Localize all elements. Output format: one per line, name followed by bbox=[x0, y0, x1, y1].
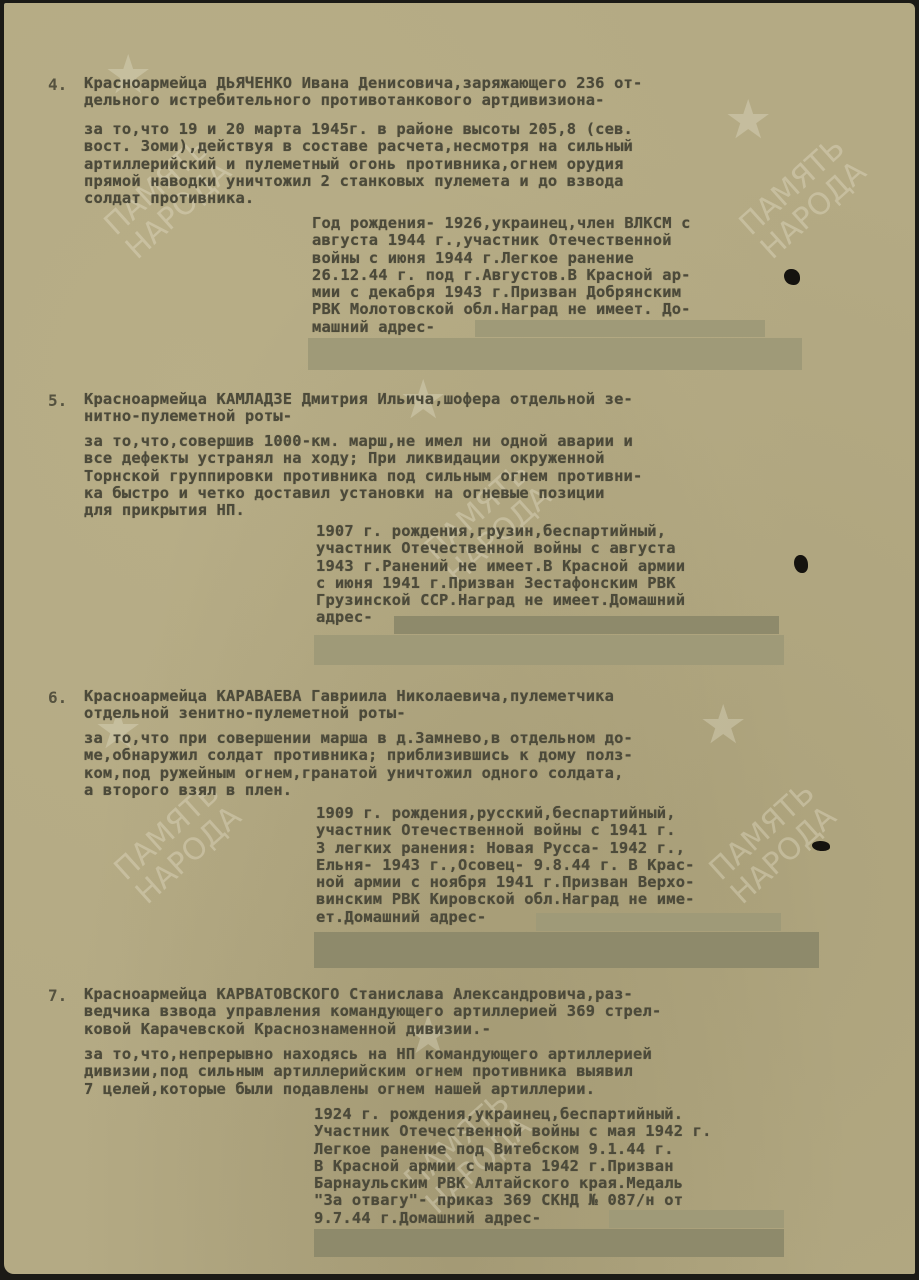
address-redaction bbox=[536, 913, 781, 931]
address-redaction bbox=[609, 1210, 784, 1228]
address-redaction bbox=[314, 932, 819, 968]
paper-hole bbox=[784, 269, 800, 285]
watermark-star-icon: ★ bbox=[724, 88, 772, 151]
document-page: ★ ПАМЯТЬ НАРОДА ★ ПАМЯТЬ НАРОДА ★ ПАМЯТЬ… bbox=[4, 3, 915, 1274]
entry-number: 7. bbox=[48, 986, 67, 1005]
entry-bio: 1924 г. рождения,украинец,беспартийный. … bbox=[314, 1106, 712, 1227]
address-redaction bbox=[314, 1229, 784, 1257]
entry-bio: Год рождения- 1926,украинец,член ВЛКСМ с… bbox=[312, 215, 691, 336]
entry-deed: за то,что при совершении марша в д.Замне… bbox=[84, 730, 633, 799]
address-redaction bbox=[394, 616, 779, 634]
entry-bio: 1909 г. рождения,русский,беспартийный, у… bbox=[316, 805, 695, 926]
entry-bio: 1907 г. рождения,грузин,беспартийный, уч… bbox=[316, 523, 685, 627]
entry-header: Красноармейца КАМЛАДЗЕ Дмитрия Ильича,шо… bbox=[84, 391, 633, 426]
entry-header: Красноармейца КАРВАТОВСКОГО Станислава А… bbox=[84, 986, 661, 1038]
entry-header: Красноармейца КАРАВАЕВА Гавриила Николае… bbox=[84, 688, 614, 723]
entry-number: 4. bbox=[48, 75, 67, 94]
entry-deed: за то,что,совершив 1000-км. марш,не имел… bbox=[84, 433, 643, 519]
paper-hole bbox=[812, 841, 830, 851]
entry-number: 5. bbox=[48, 391, 67, 410]
address-redaction bbox=[308, 338, 802, 370]
paper-hole bbox=[794, 555, 808, 573]
address-redaction bbox=[314, 635, 784, 665]
entry-header: Красноармейца ДЬЯЧЕНКО Ивана Денисовича,… bbox=[84, 75, 643, 110]
watermark-star-icon: ★ bbox=[699, 693, 747, 756]
entry-number: 6. bbox=[48, 688, 67, 707]
entry-deed: за то,что,непрерывно находясь на НП кома… bbox=[84, 1046, 652, 1098]
address-redaction bbox=[475, 320, 765, 337]
watermark: ПАМЯТЬ НАРОДА bbox=[734, 132, 873, 266]
entry-deed: за то,что 19 и 20 марта 1945г. в районе … bbox=[84, 121, 633, 207]
